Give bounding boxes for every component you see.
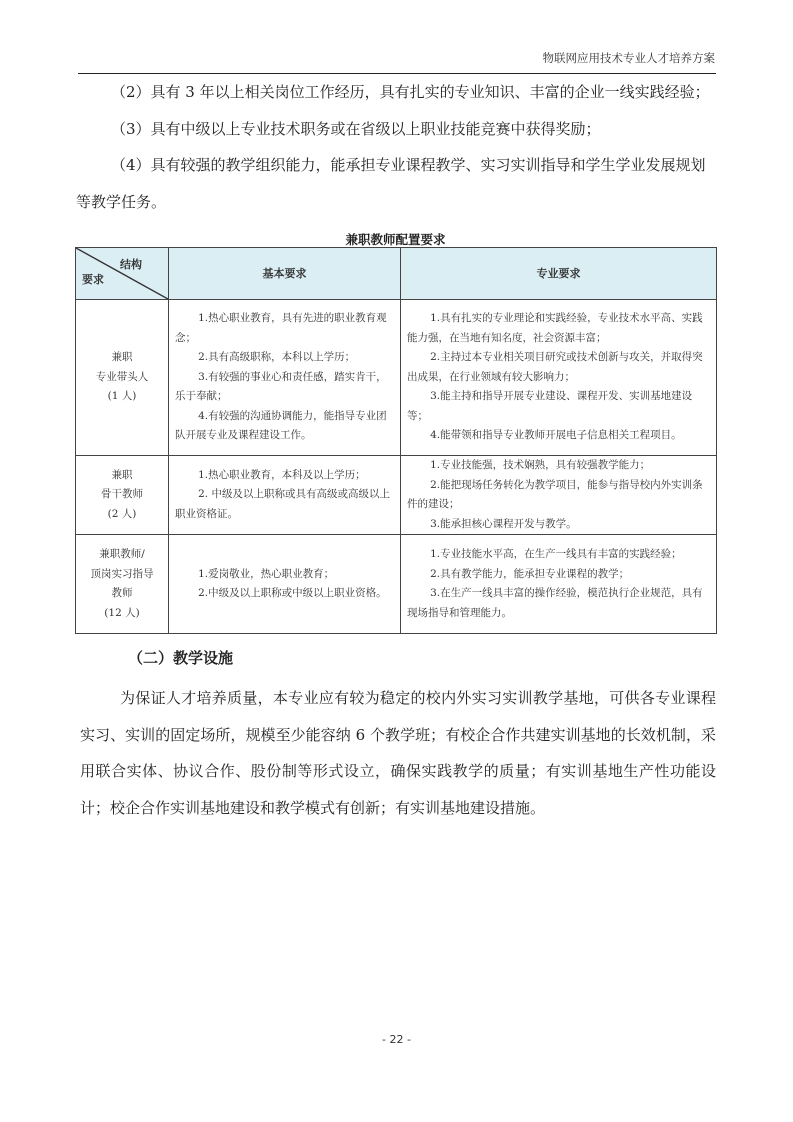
diagonal-header-cell: 结构 要求 — [76, 248, 169, 300]
role-line: 兼职 — [82, 466, 162, 486]
requirement-item: 3.能承担核心课程开发与教学。 — [407, 515, 710, 535]
role-line: 兼职 — [82, 348, 162, 368]
requirement-item: 1.热心职业教育，本科及以上学历； — [175, 466, 394, 486]
requirement-item: 1.热心职业教育，具有先进的职业教育观念； — [175, 309, 394, 348]
role-line: 教师 — [82, 584, 162, 604]
role-line: 专业带头人 — [82, 368, 162, 388]
intro-item: （2）具有 3 年以上相关岗位工作经历，具有扎实的专业知识、丰富的企业一线实践经… — [76, 74, 716, 111]
role-cell: 兼职教师/ 顶岗实习指导 教师 (12 人) — [76, 535, 169, 634]
table-row: 兼职 骨干教师 (2 人) 1.热心职业教育，本科及以上学历； 2. 中级及以上… — [76, 456, 717, 535]
requirement-item: 1.爱岗敬业，热心职业教育； — [175, 565, 394, 585]
requirement-item: 4.能带领和指导专业教师开展电子信息相关工程项目。 — [407, 426, 710, 446]
requirement-item: 1.具有扎实的专业理论和实践经验，专业技术水平高、实践能力强，在当地有知名度，社… — [407, 309, 710, 348]
requirement-item: 3.在生产一线具丰富的操作经验，模范执行企业规范，具有现场指导和管理能力。 — [407, 584, 710, 623]
basic-requirements-cell: 1.热心职业教育，本科及以上学历； 2. 中级及以上职称或具有高级或高级以上职业… — [169, 456, 401, 535]
professional-requirements-cell: 1.专业技能水平高，在生产一线具有丰富的实践经验； 2.具有教学能力，能承担专业… — [401, 535, 717, 634]
column-header-basic: 基本要求 — [169, 248, 401, 300]
table-header-row: 结构 要求 基本要求 专业要求 — [76, 248, 717, 300]
professional-requirements-cell: 1.具有扎实的专业理论和实践经验，专业技术水平高、实践能力强，在当地有知名度，社… — [401, 300, 717, 456]
requirement-item: 4.有较强的沟通协调能力，能指导专业团队开展专业及课程建设工作。 — [175, 407, 394, 446]
table-row: 兼职教师/ 顶岗实习指导 教师 (12 人) 1.爱岗敬业，热心职业教育； 2.… — [76, 535, 717, 634]
requirement-item: 2.主持过本专业相关项目研究或技术创新与攻关，并取得突出成果，在行业领域有较大影… — [407, 348, 710, 387]
requirement-item: 2.具有教学能力，能承担专业课程的教学； — [407, 565, 710, 585]
intro-items: （2）具有 3 年以上相关岗位工作经历，具有扎实的专业知识、丰富的企业一线实践经… — [76, 74, 716, 220]
running-header: 物联网应用技术专业人才培养方案 — [543, 50, 716, 66]
professional-requirements-cell: 1.专业技能强，技术娴熟，具有较强教学能力； 2.能把现场任务转化为教学项目，能… — [401, 456, 717, 535]
column-header-professional: 专业要求 — [401, 248, 717, 300]
role-line: 兼职教师/ — [82, 545, 162, 565]
facility-paragraph: 为保证人才培养质量，本专业应有较为稳定的校内外实习实训教学基地，可供各专业课程实… — [80, 680, 716, 826]
requirement-item: 1.专业技能水平高，在生产一线具有丰富的实践经验； — [407, 545, 710, 565]
basic-requirements-cell: 1.热心职业教育，具有先进的职业教育观念； 2.具有高级职称，本科以上学历； 3… — [169, 300, 401, 456]
role-line: (2 人) — [82, 505, 162, 525]
role-line: 顶岗实习指导 — [82, 565, 162, 585]
facility-paragraph-block: 为保证人才培养质量，本专业应有较为稳定的校内外实习实训教学基地，可供各专业课程实… — [80, 680, 716, 826]
basic-requirements-cell: 1.爱岗敬业，热心职业教育； 2.中级及以上职称或中级以上职业资格。 — [169, 535, 401, 634]
part-time-teacher-table: 结构 要求 基本要求 专业要求 兼职 专业带头人 (1 人) 1.热心职业教育，… — [75, 247, 717, 634]
requirement-item: 2.中级及以上职称或中级以上职业资格。 — [175, 584, 394, 604]
role-line: 骨干教师 — [82, 485, 162, 505]
requirement-item: 2. 中级及以上职称或具有高级或高级以上职业资格证。 — [175, 485, 394, 524]
role-cell: 兼职 骨干教师 (2 人) — [76, 456, 169, 535]
diag-label-structure: 结构 — [120, 255, 142, 275]
page-number: - 22 - — [0, 1033, 793, 1046]
requirement-item: 1.专业技能强，技术娴熟，具有较强教学能力； — [407, 456, 710, 476]
requirement-item: 3.有较强的事业心和责任感，踏实肯干，乐于奉献； — [175, 368, 394, 407]
table-title: 兼职教师配置要求 — [75, 230, 716, 248]
role-line: (12 人) — [82, 604, 162, 624]
requirement-item: 3.能主持和指导开展专业建设、课程开发、实训基地建设等； — [407, 387, 710, 426]
section-heading: （二）教学设施 — [128, 647, 233, 668]
intro-item: （4）具有较强的教学组织能力，能承担专业课程教学、实习实训指导和学生学业发展规划… — [76, 147, 716, 220]
intro-item: （3）具有中级以上专业技术职务或在省级以上职业技能竞赛中获得奖励； — [76, 111, 716, 148]
requirement-item: 2.能把现场任务转化为教学项目，能参与指导校内外实训条件的建设； — [407, 476, 710, 515]
role-cell: 兼职 专业带头人 (1 人) — [76, 300, 169, 456]
role-line: (1 人) — [82, 387, 162, 407]
requirement-item: 2.具有高级职称，本科以上学历； — [175, 348, 394, 368]
diag-label-requirement: 要求 — [82, 270, 104, 290]
table-row: 兼职 专业带头人 (1 人) 1.热心职业教育，具有先进的职业教育观念； 2.具… — [76, 300, 717, 456]
